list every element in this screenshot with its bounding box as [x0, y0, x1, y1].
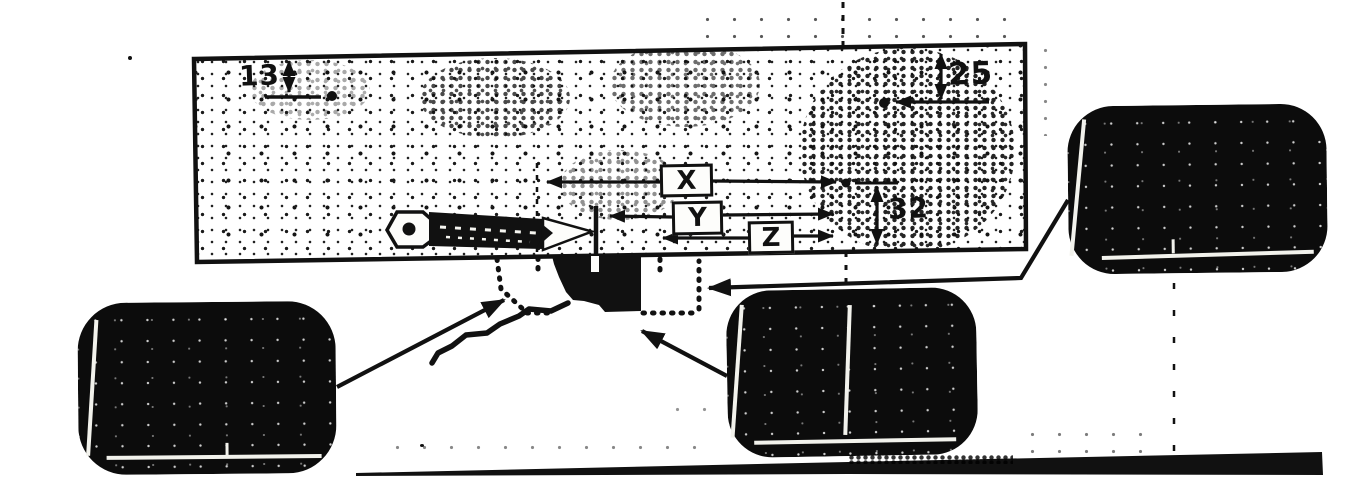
dimension-13-label: 13	[239, 61, 281, 90]
specimen-plate-border	[194, 44, 1026, 262]
distance-y-label: Y	[688, 203, 707, 233]
ascan-screen-bottom-left	[77, 301, 336, 475]
screen-trace-tick	[1172, 239, 1175, 253]
ascan-screen-top-right	[1067, 103, 1328, 274]
dimension-32-label: 32	[888, 194, 930, 223]
stylus-slot	[591, 256, 599, 272]
leader-arrow-left-screen	[337, 300, 504, 387]
screen-trace-spike	[731, 305, 744, 438]
screen-trace-tick	[225, 443, 228, 457]
distance-z-label: Z	[761, 222, 780, 252]
screen-trace-baseline	[754, 437, 956, 444]
distance-y-box: Y	[672, 201, 724, 236]
reflector-dot	[842, 179, 851, 188]
ascan-screen-bottom-center	[726, 287, 979, 458]
screen-trace-spike	[1069, 119, 1086, 256]
screen-trace-baseline	[1102, 250, 1314, 260]
scan-smudge	[848, 455, 1013, 464]
drilled-hole-left-dot	[327, 91, 337, 101]
screen-trace-baseline	[107, 454, 322, 459]
distance-x-label: X	[676, 165, 697, 195]
leader-arrow-center-screen	[642, 331, 727, 376]
distance-x-box: X	[660, 164, 714, 198]
distance-z-box: Z	[748, 221, 795, 255]
screen-trace-spike	[86, 320, 98, 456]
pencil-probe-icon	[387, 212, 592, 250]
dimension-25-label: 25	[947, 58, 993, 91]
figure-canvas: 13 25 32 X Y Z	[0, 0, 1366, 493]
screen-trace-spike	[843, 305, 851, 435]
drilled-hole-right-dot	[879, 98, 889, 108]
